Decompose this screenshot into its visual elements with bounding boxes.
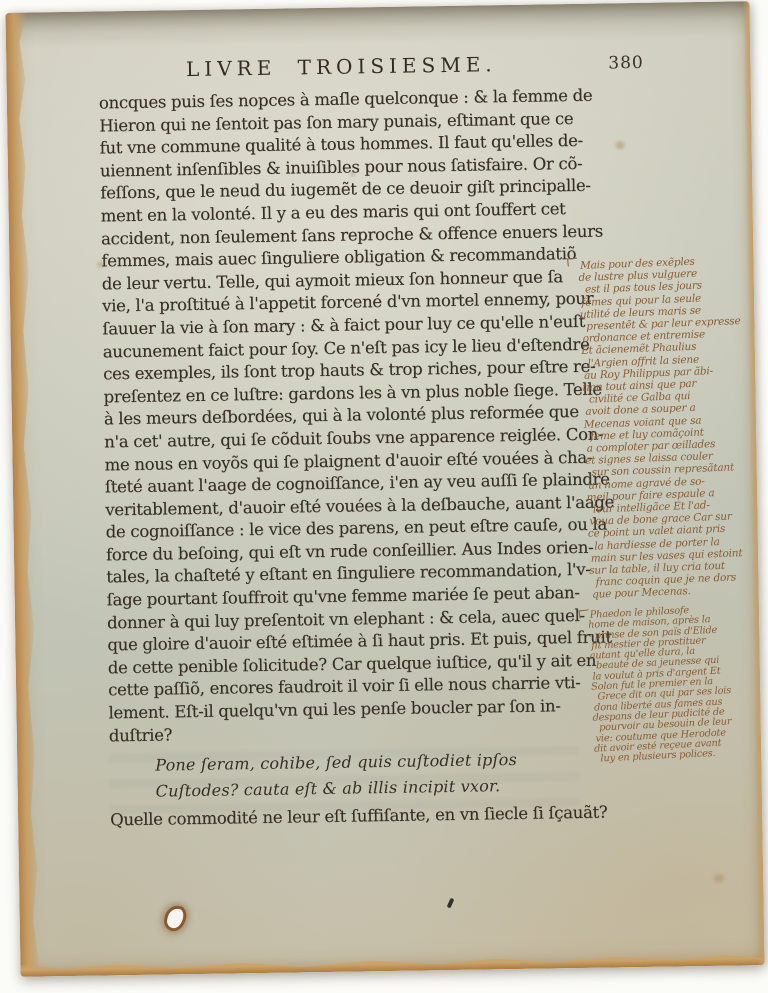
latin-verse-quote: Pone ſeram, cohibe, ſed quis cuſtodiet i… bbox=[155, 747, 517, 805]
foxing-spot bbox=[713, 874, 724, 883]
wormhole bbox=[166, 907, 185, 930]
ink-speck bbox=[447, 898, 455, 909]
printed-body-text: oncques puis ſes nopces à maſle quelconq… bbox=[99, 85, 595, 748]
scan-background: LIVRE TROISIESME. 380 oncques puis ſes n… bbox=[0, 0, 768, 993]
handwritten-margin-note-top: Mais pour des exẽplesde lustre plus vulg… bbox=[580, 253, 765, 601]
insertion-mark-top bbox=[567, 258, 578, 267]
torn-edge-left bbox=[5, 13, 42, 977]
handwritten-margin-note-bottom: Phaedon le philosofehome de maison, aprè… bbox=[590, 602, 765, 765]
running-title: LIVRE TROISIESME. bbox=[116, 51, 566, 82]
book-page: LIVRE TROISIESME. 380 oncques puis ſes n… bbox=[5, 1, 764, 977]
page-number: 380 bbox=[608, 53, 644, 74]
foxing-spot bbox=[616, 141, 625, 149]
foxing-spot bbox=[350, 171, 355, 176]
page-top-fold-shadow bbox=[5, 1, 749, 49]
torn-edge-bottom bbox=[20, 950, 764, 977]
foxing-spot bbox=[97, 261, 103, 267]
insertion-mark-bottom bbox=[579, 609, 590, 618]
